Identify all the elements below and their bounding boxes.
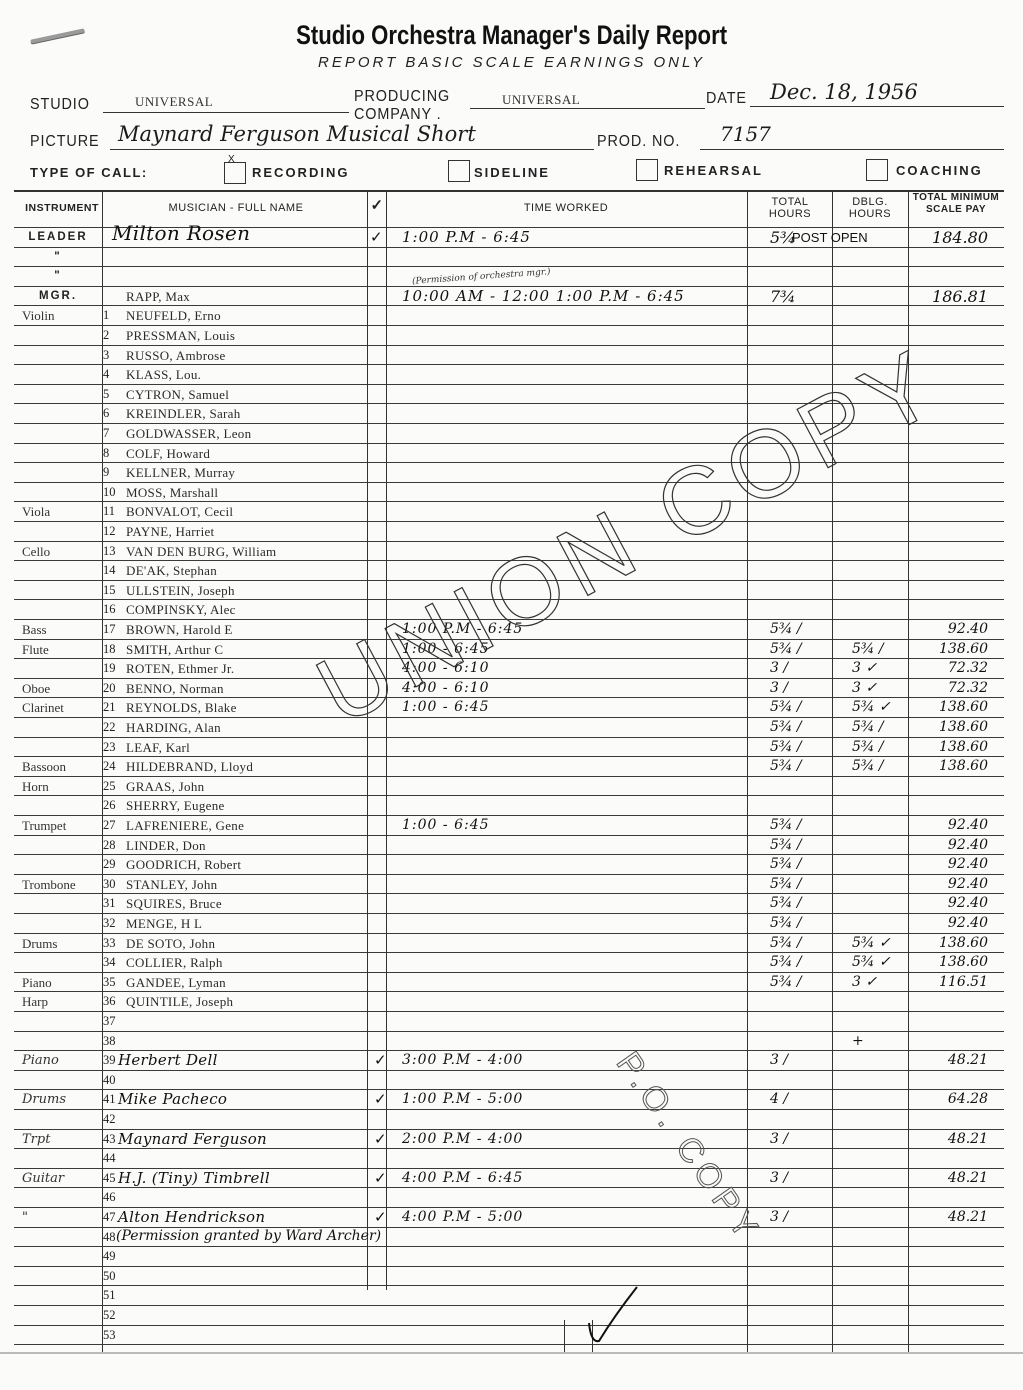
musician-row[interactable]: 28LINDER, Don5¾ /92.40 <box>0 836 1023 856</box>
musician-row[interactable]: Drums41Mike Pacheco✓1:00 P.M - 5:004 /64… <box>0 1090 1023 1110</box>
scale-pay: 72.32 <box>918 659 988 679</box>
scale-pay <box>918 444 988 464</box>
time-worked: 1:00 P.M - 6:45 <box>402 228 531 248</box>
checkmark-icon: ✓ <box>370 228 383 248</box>
row-number: 14 <box>103 561 116 581</box>
row-number: 5 <box>103 385 109 405</box>
musician-row[interactable]: 38+ <box>0 1032 1023 1052</box>
musician-name: MENGE, H L <box>126 914 202 934</box>
instrument-label: Viola <box>22 502 50 522</box>
scale-pay <box>918 542 988 562</box>
checkmark-icon: ✓ <box>374 1051 387 1071</box>
musician-row[interactable]: 10MOSS, Marshall <box>0 483 1023 503</box>
scale-pay <box>918 777 988 797</box>
row-number: 16 <box>103 600 116 620</box>
row-number: 48 <box>103 1228 116 1248</box>
musician-name: GRAAS, John <box>126 777 204 797</box>
musician-row[interactable]: Bassoon24HILDEBRAND, Lloyd5¾ /5¾ /138.60 <box>0 757 1023 777</box>
musician-name: MOSS, Marshall <box>126 483 218 503</box>
musician-row[interactable]: "47Alton Hendrickson✓4:00 P.M - 5:003 /4… <box>0 1208 1023 1228</box>
scale-pay <box>918 561 988 581</box>
scale-pay: 92.40 <box>918 620 988 640</box>
instrument-label: Piano <box>22 1051 59 1071</box>
scale-pay: 138.60 <box>918 953 988 973</box>
musician-row[interactable]: 31SQUIRES, Bruce5¾ /92.40 <box>0 894 1023 914</box>
time-worked: 2:00 P.M - 4:00 <box>402 1130 523 1150</box>
total-hours: 5¾ / <box>770 718 802 738</box>
row-number: 46 <box>103 1188 116 1208</box>
dblg-hours: POST OPEN <box>792 228 868 248</box>
col-scale-pay: TOTAL MINIMUM SCALE PAY <box>908 192 1004 216</box>
musician-row[interactable]: Oboe20BENNO, Norman4:00 - 6:103 /3 ✓72.3… <box>0 679 1023 699</box>
scale-pay <box>918 1286 988 1306</box>
row-number: 52 <box>103 1306 116 1326</box>
row-number: 1 <box>103 306 109 326</box>
row-number: 11 <box>103 502 115 522</box>
musician-row[interactable]: Piano39Herbert Dell✓3:00 P.M - 4:003 /48… <box>0 1051 1023 1071</box>
total-hours: 5¾ / <box>770 640 802 660</box>
total-hours: 5¾ / <box>770 620 802 640</box>
scale-pay <box>918 346 988 366</box>
scale-pay: 48.21 <box>918 1051 988 1071</box>
row-number: 49 <box>103 1247 116 1267</box>
total-hours: 5¾ / <box>770 953 802 973</box>
total-hours: 5¾ / <box>770 934 802 954</box>
instrument-label: Violin <box>22 306 54 326</box>
dblg-hours: 3 ✓ <box>852 679 877 699</box>
scale-pay <box>918 267 988 287</box>
musician-name: ROTEN, Ethmer Jr. <box>126 659 234 679</box>
musician-name: Herbert Dell <box>118 1051 218 1071</box>
row-number: 8 <box>103 444 109 464</box>
row-number: 31 <box>103 894 116 914</box>
row-number: 24 <box>103 757 116 777</box>
instrument-label: Trpt <box>22 1130 50 1150</box>
musician-name: Mike Pacheco <box>118 1090 227 1110</box>
scale-pay: 48.21 <box>918 1130 988 1150</box>
musician-name: PRESSMAN, Louis <box>126 326 235 346</box>
dblg-hours: 5¾ ✓ <box>852 953 891 973</box>
musician-row[interactable]: Clarinet21REYNOLDS, Blake1:00 - 6:455¾ /… <box>0 698 1023 718</box>
scale-pay <box>918 1326 988 1346</box>
row-number: 12 <box>103 522 116 542</box>
row-number: 6 <box>103 404 109 424</box>
dblg-hours: 5¾ / <box>852 738 884 758</box>
scale-pay <box>918 463 988 483</box>
total-hours: 5¾ / <box>770 855 802 875</box>
musician-row[interactable]: 26SHERRY, Eugene <box>0 796 1023 816</box>
instrument-label: Flute <box>22 640 49 660</box>
musician-name: PAYNE, Harriet <box>126 522 214 542</box>
musician-row[interactable]: 42 <box>0 1110 1023 1130</box>
musician-name: GANDEE, Lyman <box>126 973 226 993</box>
musician-name: BENNO, Norman <box>126 679 224 699</box>
row-number: 13 <box>103 542 116 562</box>
col-check: ✓ <box>368 200 386 212</box>
total-hours: 3 / <box>770 1130 788 1150</box>
col-total-hours-line1: TOTAL <box>748 196 832 208</box>
musician-name: STANLEY, John <box>126 875 217 895</box>
total-hours: 5¾ / <box>770 738 802 758</box>
col-musician: MUSICIAN - FULL NAME <box>104 202 368 214</box>
scale-pay: 138.60 <box>918 718 988 738</box>
scale-pay <box>918 306 988 326</box>
instrument-label: Trombone <box>22 875 76 895</box>
musician-name: SMITH, Arthur C <box>126 640 223 660</box>
scale-pay <box>918 1267 988 1287</box>
scale-pay: 72.32 <box>918 679 988 699</box>
scale-pay: 48.21 <box>918 1208 988 1228</box>
col-instrument: INSTRUMENT <box>22 202 102 214</box>
scale-pay <box>918 1110 988 1130</box>
row-number: 51 <box>103 1286 116 1306</box>
scale-pay: 138.60 <box>918 738 988 758</box>
total-hours: 3 / <box>770 1051 788 1071</box>
row-number: 10 <box>103 483 116 503</box>
scale-pay <box>918 581 988 601</box>
musician-row[interactable]: Trumpet27LAFRENIERE, Gene1:00 - 6:455¾ /… <box>0 816 1023 836</box>
musician-row[interactable]: 51 <box>0 1286 1023 1306</box>
musician-row[interactable]: 52 <box>0 1306 1023 1326</box>
musician-name: Maynard Ferguson <box>118 1130 267 1150</box>
time-worked: 10:00 AM - 12:00 1:00 P.M - 6:45 <box>402 287 685 307</box>
row-number: 17 <box>103 620 116 640</box>
musician-row[interactable]: 23LEAF, Karl5¾ /5¾ /138.60 <box>0 738 1023 758</box>
col-dblg-hours-line1: DBLG. <box>832 196 908 208</box>
row-number: 33 <box>103 934 116 954</box>
dblg-hours: 3 ✓ <box>852 659 877 679</box>
musician-name: LINDER, Don <box>126 836 206 856</box>
musician-name: Milton Rosen <box>112 224 250 244</box>
col-total-hours: TOTAL HOURS <box>748 196 832 220</box>
instrument-label: Drums <box>22 1090 66 1110</box>
time-worked: 1:00 - 6:45 <box>402 816 490 836</box>
instrument-label: Bass <box>22 620 47 640</box>
scale-pay <box>918 796 988 816</box>
large-checkmark-icon <box>585 1285 655 1345</box>
row-role-label: " <box>14 251 102 263</box>
musician-row[interactable]: Guitar45H.J. (Tiny) Timbrell✓4:00 P.M - … <box>0 1169 1023 1189</box>
musician-name: COLLIER, Ralph <box>126 953 223 973</box>
scale-pay: 116.51 <box>918 973 988 993</box>
scale-pay <box>918 248 988 268</box>
musician-name: REYNOLDS, Blake <box>126 698 237 718</box>
total-hours: 5¾ / <box>770 973 802 993</box>
musician-row[interactable]: 2PRESSMAN, Louis <box>0 326 1023 346</box>
musician-name: VAN DEN BURG, William <box>126 542 276 562</box>
instrument-label: Drums <box>22 934 57 954</box>
musician-row[interactable]: Trombone30STANLEY, John5¾ /92.40 <box>0 875 1023 895</box>
musician-name: H.J. (Tiny) Timbrell <box>118 1169 270 1189</box>
row-number: 32 <box>103 914 116 934</box>
total-hours: 5¾ / <box>770 816 802 836</box>
table-top-border <box>14 190 1004 192</box>
leader-row[interactable]: LEADERMilton Rosen✓1:00 P.M - 6:455¾POST… <box>0 228 1023 248</box>
musician-name: KREINDLER, Sarah <box>126 404 241 424</box>
musician-row[interactable]: Trpt43Maynard Ferguson✓2:00 P.M - 4:003 … <box>0 1130 1023 1150</box>
row-number: 26 <box>103 796 116 816</box>
row-number: 23 <box>103 738 116 758</box>
musician-name: GOLDWASSER, Leon <box>126 424 251 444</box>
scale-pay: 92.40 <box>918 816 988 836</box>
musician-row[interactable]: 22HARDING, Alan5¾ /5¾ /138.60 <box>0 718 1023 738</box>
musician-row[interactable]: 49 <box>0 1247 1023 1267</box>
scale-pay: 92.40 <box>918 894 988 914</box>
scale-pay: 92.40 <box>918 914 988 934</box>
total-hours: 3 / <box>770 659 788 679</box>
scale-pay: 184.80 <box>918 228 988 248</box>
musician-row[interactable]: 40 <box>0 1071 1023 1091</box>
musician-name: LEAF, Karl <box>126 738 190 758</box>
col-time-worked: TIME WORKED <box>386 202 746 214</box>
scale-pay <box>918 1071 988 1091</box>
row-number: 30 <box>103 875 116 895</box>
total-hours: 3 / <box>770 1169 788 1189</box>
musician-name: KELLNER, Murray <box>126 463 235 483</box>
scale-pay <box>918 1247 988 1267</box>
musician-row[interactable]: 46 <box>0 1188 1023 1208</box>
scale-pay <box>918 1012 988 1032</box>
instrument-label: Clarinet <box>22 698 64 718</box>
total-hours: 4 / <box>770 1090 788 1110</box>
musician-row[interactable]: 53 <box>0 1326 1023 1346</box>
time-worked: 1:00 P.M - 5:00 <box>402 1090 523 1110</box>
total-hours: 5¾ / <box>770 875 802 895</box>
row-number: 15 <box>103 581 116 601</box>
musician-row[interactable]: 34COLLIER, Ralph5¾ /5¾ ✓138.60 <box>0 953 1023 973</box>
page-bottom-edge <box>0 1352 1023 1354</box>
row-number: 27 <box>103 816 116 836</box>
checkmark-icon: ✓ <box>374 1169 387 1189</box>
instrument-label: Horn <box>22 777 49 797</box>
musician-name: CYTRON, Samuel <box>126 385 229 405</box>
scale-pay <box>918 326 988 346</box>
total-hours: 3 / <box>770 1208 788 1228</box>
musician-name: BROWN, Harold E <box>126 620 233 640</box>
leader-row[interactable]: " <box>0 248 1023 268</box>
col-scale-pay-line1: TOTAL MINIMUM <box>908 192 1004 204</box>
musician-name: SHERRY, Eugene <box>126 796 225 816</box>
row-number: 19 <box>103 659 116 679</box>
scale-pay <box>918 1306 988 1326</box>
scale-pay <box>918 502 988 522</box>
musician-name: KLASS, Lou. <box>126 365 201 385</box>
checkmark-icon: ✓ <box>374 1208 387 1228</box>
musician-name: DE'AK, Stephan <box>126 561 217 581</box>
musician-name: ULLSTEIN, Joseph <box>126 581 235 601</box>
col-total-hours-line2: HOURS <box>748 208 832 220</box>
row-number: 40 <box>103 1071 116 1091</box>
musician-name: RAPP, Max <box>126 287 190 307</box>
time-worked: 4:00 P.M - 6:45 <box>402 1169 523 1189</box>
musician-row[interactable]: 50 <box>0 1267 1023 1287</box>
row-number: 38 <box>103 1032 116 1052</box>
row-number: 22 <box>103 718 116 738</box>
row-number: 43 <box>103 1130 116 1150</box>
musician-row[interactable]: Piano35GANDEE, Lyman5¾ /3 ✓116.51 <box>0 973 1023 993</box>
musician-name: HARDING, Alan <box>126 718 221 738</box>
time-worked: 4:00 P.M - 5:00 <box>402 1208 523 1228</box>
scale-pay <box>918 1149 988 1169</box>
scale-pay: 64.28 <box>918 1090 988 1110</box>
scale-pay <box>918 1032 988 1052</box>
row-number: 4 <box>103 365 109 385</box>
row-number: 9 <box>103 463 109 483</box>
instrument-label: Harp <box>22 992 48 1012</box>
instrument-label: Guitar <box>22 1169 64 1189</box>
row-number: 45 <box>103 1169 116 1189</box>
dblg-hours: 5¾ / <box>852 640 884 660</box>
row-number: 42 <box>103 1110 116 1130</box>
musician-row[interactable]: 37 <box>0 1012 1023 1032</box>
instrument-label: " <box>22 1208 28 1228</box>
instrument-label: Piano <box>22 973 52 993</box>
row-number: 35 <box>103 973 116 993</box>
musician-name: GOODRICH, Robert <box>126 855 241 875</box>
musician-row[interactable]: Viola11BONVALOT, Cecil <box>0 502 1023 522</box>
row-number: 41 <box>103 1090 116 1110</box>
scale-pay: 138.60 <box>918 934 988 954</box>
row-number: 18 <box>103 640 116 660</box>
checkmark-icon: ✓ <box>374 1130 387 1150</box>
musician-name: BONVALOT, Cecil <box>126 502 233 522</box>
total-hours: 5¾ / <box>770 894 802 914</box>
row-number: 39 <box>103 1051 116 1071</box>
instrument-label: Bassoon <box>22 757 66 777</box>
row-number: 29 <box>103 855 116 875</box>
scale-pay: 48.21 <box>918 1169 988 1189</box>
row-number: 53 <box>103 1326 116 1346</box>
musician-name: Alton Hendrickson <box>118 1208 265 1228</box>
total-hours: 7¾ <box>770 287 796 307</box>
musician-name: HILDEBRAND, Lloyd <box>126 757 253 777</box>
musician-row[interactable]: Drums33DE SOTO, John5¾ /5¾ ✓138.60 <box>0 934 1023 954</box>
row-number: 28 <box>103 836 116 856</box>
instrument-label: Oboe <box>22 679 50 699</box>
row-number: 21 <box>103 698 116 718</box>
instrument-label: Trumpet <box>22 816 66 836</box>
row-number: 20 <box>103 679 116 699</box>
musician-name: LAFRENIERE, Gene <box>126 816 244 836</box>
scale-pay: 138.60 <box>918 757 988 777</box>
total-hours: 5¾ / <box>770 836 802 856</box>
scale-pay <box>918 992 988 1012</box>
permission-note: (Permission granted by Ward Archer) <box>116 1228 381 1244</box>
musician-row[interactable]: 44 <box>0 1149 1023 1169</box>
musician-row[interactable]: Horn25GRAAS, John <box>0 777 1023 797</box>
col-dblg-hours-line2: HOURS <box>832 208 908 220</box>
total-hours: 5¾ / <box>770 914 802 934</box>
dblg-hours: + <box>852 1032 864 1052</box>
scale-pay <box>918 1228 988 1248</box>
total-hours: 5¾ / <box>770 757 802 777</box>
musician-name: RUSSO, Ambrose <box>126 346 226 366</box>
scale-pay <box>918 483 988 503</box>
row-role-label: LEADER <box>14 231 102 243</box>
row-role-label: " <box>14 270 102 282</box>
row-number: 36 <box>103 992 116 1012</box>
row-number: 47 <box>103 1208 116 1228</box>
col-scale-pay-line2: SCALE PAY <box>908 204 1004 216</box>
scale-pay: 92.40 <box>918 836 988 856</box>
musician-name: COLF, Howard <box>126 444 210 464</box>
musician-name: NEUFELD, Erno <box>126 306 221 326</box>
scale-pay: 186.81 <box>918 287 988 307</box>
row-number: 50 <box>103 1267 116 1287</box>
row-role-label: MGR. <box>14 290 102 302</box>
dblg-hours: 5¾ / <box>852 718 884 738</box>
col-dblg-hours: DBLG. HOURS <box>832 196 908 220</box>
row-number: 3 <box>103 346 109 366</box>
scale-pay <box>918 600 988 620</box>
dblg-hours: 5¾ ✓ <box>852 934 891 954</box>
scale-pay: 92.40 <box>918 855 988 875</box>
scale-pay: 138.60 <box>918 698 988 718</box>
musician-name: QUINTILE, Joseph <box>126 992 233 1012</box>
total-hours: 5¾ / <box>770 698 802 718</box>
musician-name: SQUIRES, Bruce <box>126 894 222 914</box>
musician-row[interactable]: Harp36QUINTILE, Joseph <box>0 992 1023 1012</box>
row-number: 7 <box>103 424 109 444</box>
row-number: 2 <box>103 326 109 346</box>
musician-row[interactable]: 29GOODRICH, Robert5¾ /92.40 <box>0 855 1023 875</box>
scale-pay <box>918 1188 988 1208</box>
musician-row[interactable]: 32MENGE, H L5¾ /92.40 <box>0 914 1023 934</box>
dblg-hours: 5¾ ✓ <box>852 698 891 718</box>
row-number: 44 <box>103 1149 116 1169</box>
checkmark-icon: ✓ <box>374 1090 387 1110</box>
instrument-label: Cello <box>22 542 50 562</box>
musician-row[interactable]: Violin1NEUFELD, Erno <box>0 306 1023 326</box>
dblg-hours: 3 ✓ <box>852 973 877 993</box>
scale-pay: 138.60 <box>918 640 988 660</box>
total-hours: 3 / <box>770 679 788 699</box>
time-worked: 3:00 P.M - 4:00 <box>402 1051 523 1071</box>
row-number: 34 <box>103 953 116 973</box>
row-number: 25 <box>103 777 116 797</box>
musician-name: DE SOTO, John <box>126 934 215 954</box>
scale-pay <box>918 522 988 542</box>
dblg-hours: 5¾ / <box>852 757 884 777</box>
musician-name: COMPINSKY, Alec <box>126 600 236 620</box>
row-number: 37 <box>103 1012 116 1032</box>
leader-row[interactable]: MGR.RAPP, Max10:00 AM - 12:00 1:00 P.M -… <box>0 287 1023 307</box>
scale-pay: 92.40 <box>918 875 988 895</box>
